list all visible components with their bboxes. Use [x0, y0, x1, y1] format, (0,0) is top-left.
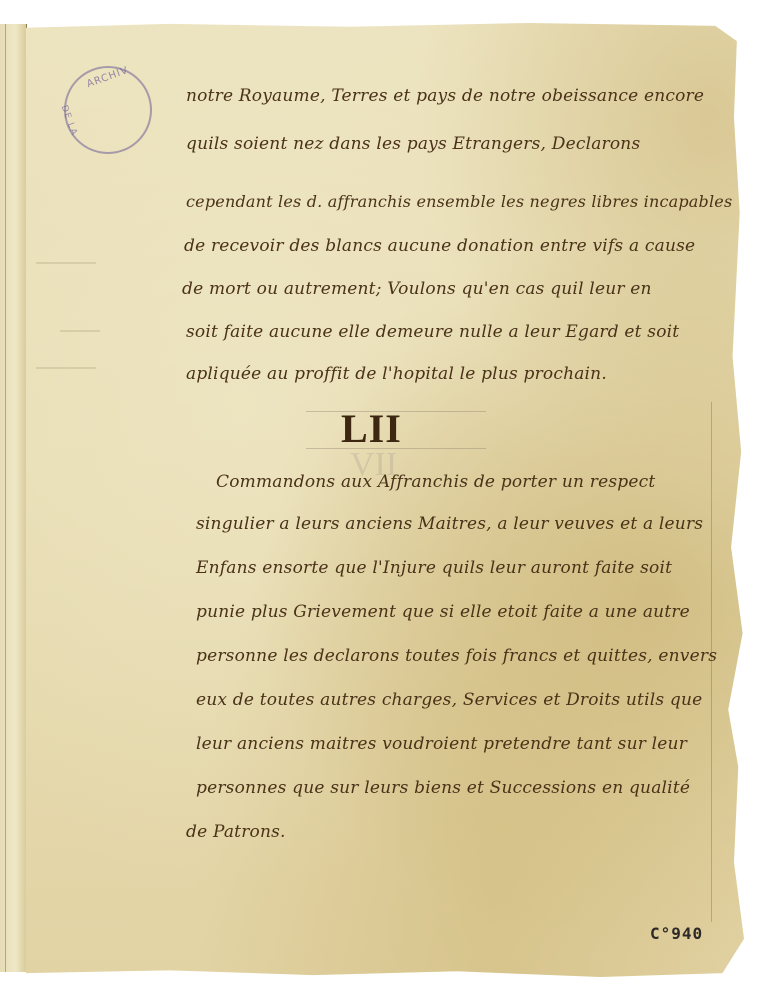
- text-line: de Patrons.: [186, 822, 286, 842]
- text-line: quils soient nez dans les pays Etrangers…: [186, 134, 640, 154]
- archive-stamp: ARCHIV DE LA: [64, 66, 152, 154]
- binding-edge: [0, 24, 27, 972]
- article-heading: LII: [341, 405, 402, 452]
- text-line: apliquée au proffit de l'hopital le plus…: [186, 364, 607, 384]
- text-line: singulier a leurs anciens Maitres, a leu…: [196, 514, 703, 534]
- manuscript-scan: ARCHIV DE LA notre Royaume, Terres et pa…: [0, 0, 768, 1005]
- bleed-through-mark: [60, 330, 100, 332]
- text-line: de mort ou autrement; Voulons qu'en cas …: [182, 279, 652, 299]
- text-line: leur anciens maitres voudroient pretendr…: [196, 734, 687, 754]
- text-line: cependant les d. affranchis ensemble les…: [186, 192, 732, 211]
- text-line: eux de toutes autres charges, Services e…: [196, 690, 702, 710]
- text-line: Enfans ensorte que l'Injure quils leur a…: [196, 558, 672, 578]
- manuscript-page: [26, 22, 744, 977]
- bleed-through-mark: [36, 262, 96, 264]
- stamp-top-text: ARCHIV: [85, 65, 130, 90]
- text-line: soit faite aucune elle demeure nulle a l…: [186, 322, 679, 342]
- text-line: notre Royaume, Terres et pays de notre o…: [186, 86, 704, 106]
- bleed-through-mark: [36, 367, 96, 369]
- text-line: punie plus Grievement que si elle etoit …: [196, 602, 690, 622]
- text-line: de recevoir des blancs aucune donation e…: [184, 236, 695, 256]
- text-line: Commandons aux Affranchis de porter un r…: [216, 472, 655, 492]
- catalog-number: C°940: [650, 924, 703, 943]
- text-line: personne les declarons toutes fois franc…: [196, 646, 717, 666]
- text-line: personnes que sur leurs biens et Success…: [196, 778, 690, 798]
